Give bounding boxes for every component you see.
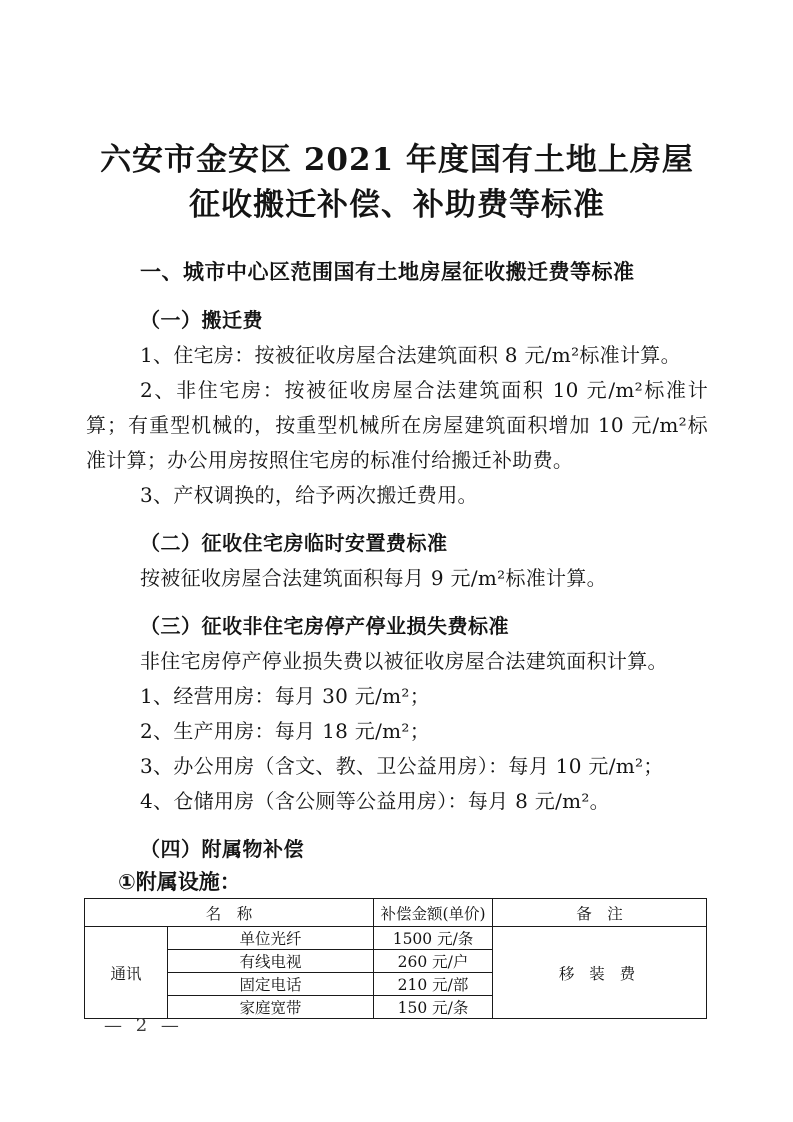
table-header-amount: 补偿金额(单价) — [374, 899, 493, 927]
para-temporary-resettlement-standard: 按被征收房屋合法建筑面积每月 9 元/m²标准计算。 — [86, 561, 708, 596]
cell-amount: 150 元/条 — [374, 996, 493, 1019]
document-content: 六安市金安区 2021 年度国有土地上房屋征收搬迁补偿、补助费等标准 一、城市中… — [86, 0, 708, 1019]
table-row: 通讯 单位光纤 1500 元/条 移 装 费 — [85, 927, 707, 950]
auxiliary-facilities-label: ①附属设施： — [86, 867, 708, 897]
table-header-row: 名 称 补偿金额(单价) 备 注 — [85, 899, 707, 927]
cell-name: 家庭宽带 — [168, 996, 374, 1019]
sub3-business-loss-heading: （三）征收非住宅房停产停业损失费标准 — [86, 609, 708, 644]
page-title: 六安市金安区 2021 年度国有土地上房屋征收搬迁补偿、补助费等标准 — [86, 138, 708, 228]
section1-heading: 一、城市中心区范围国有土地房屋征收搬迁费等标准 — [86, 255, 708, 290]
para-property-swap: 3、产权调换的，给予两次搬迁费用。 — [86, 478, 708, 513]
table-group-communication: 通讯 — [85, 927, 168, 1019]
cell-name: 固定电话 — [168, 973, 374, 996]
cell-amount: 210 元/部 — [374, 973, 493, 996]
table-header-remark: 备 注 — [493, 899, 707, 927]
auxiliary-facilities-table: 名 称 补偿金额(单价) 备 注 通讯 单位光纤 1500 元/条 移 装 费 … — [84, 898, 707, 1019]
para-residential-moving-fee: 1、住宅房：按被征收房屋合法建筑面积 8 元/m²标准计算。 — [86, 338, 708, 373]
para-storage-housing-rate: 4、仓储用房（含公厕等公益用房）：每月 8 元/m²。 — [86, 784, 708, 819]
para-production-housing-rate: 2、生产用房：每月 18 元/m²； — [86, 714, 708, 749]
page-title-line2: 征收搬迁补偿、补助费等标准 — [189, 187, 605, 223]
cell-name: 单位光纤 — [168, 927, 374, 950]
para-nonresidential-moving-fee: 2、非住宅房：按被征收房屋合法建筑面积 10 元/m²标准计算；有重型机械的，按… — [86, 373, 708, 478]
sub2-temporary-resettlement-heading: （二）征收住宅房临时安置费标准 — [86, 526, 708, 561]
table-remark-cell: 移 装 费 — [493, 927, 707, 1019]
para-office-housing-rate: 3、办公用房（含文、教、卫公益用房）：每月 10 元/m²； — [86, 749, 708, 784]
cell-amount: 1500 元/条 — [374, 927, 493, 950]
para-business-loss-basis: 非住宅房停产停业损失费以被征收房屋合法建筑面积计算。 — [86, 644, 708, 679]
sub1-moving-fee-heading: （一）搬迁费 — [86, 303, 708, 338]
page-title-line1: 六安市金安区 2021 年度国有土地上房屋 — [100, 142, 694, 178]
cell-amount: 260 元/户 — [374, 950, 493, 973]
cell-name: 有线电视 — [168, 950, 374, 973]
sub4-attachment-compensation-heading: （四）附属物补偿 — [86, 832, 708, 867]
document-page: 六安市金安区 2021 年度国有土地上房屋征收搬迁补偿、补助费等标准 一、城市中… — [0, 0, 793, 1122]
para-commercial-housing-rate: 1、经营用房：每月 30 元/m²； — [86, 679, 708, 714]
table-header-name: 名 称 — [85, 899, 374, 927]
page-number: — 2 — — [104, 1015, 183, 1036]
